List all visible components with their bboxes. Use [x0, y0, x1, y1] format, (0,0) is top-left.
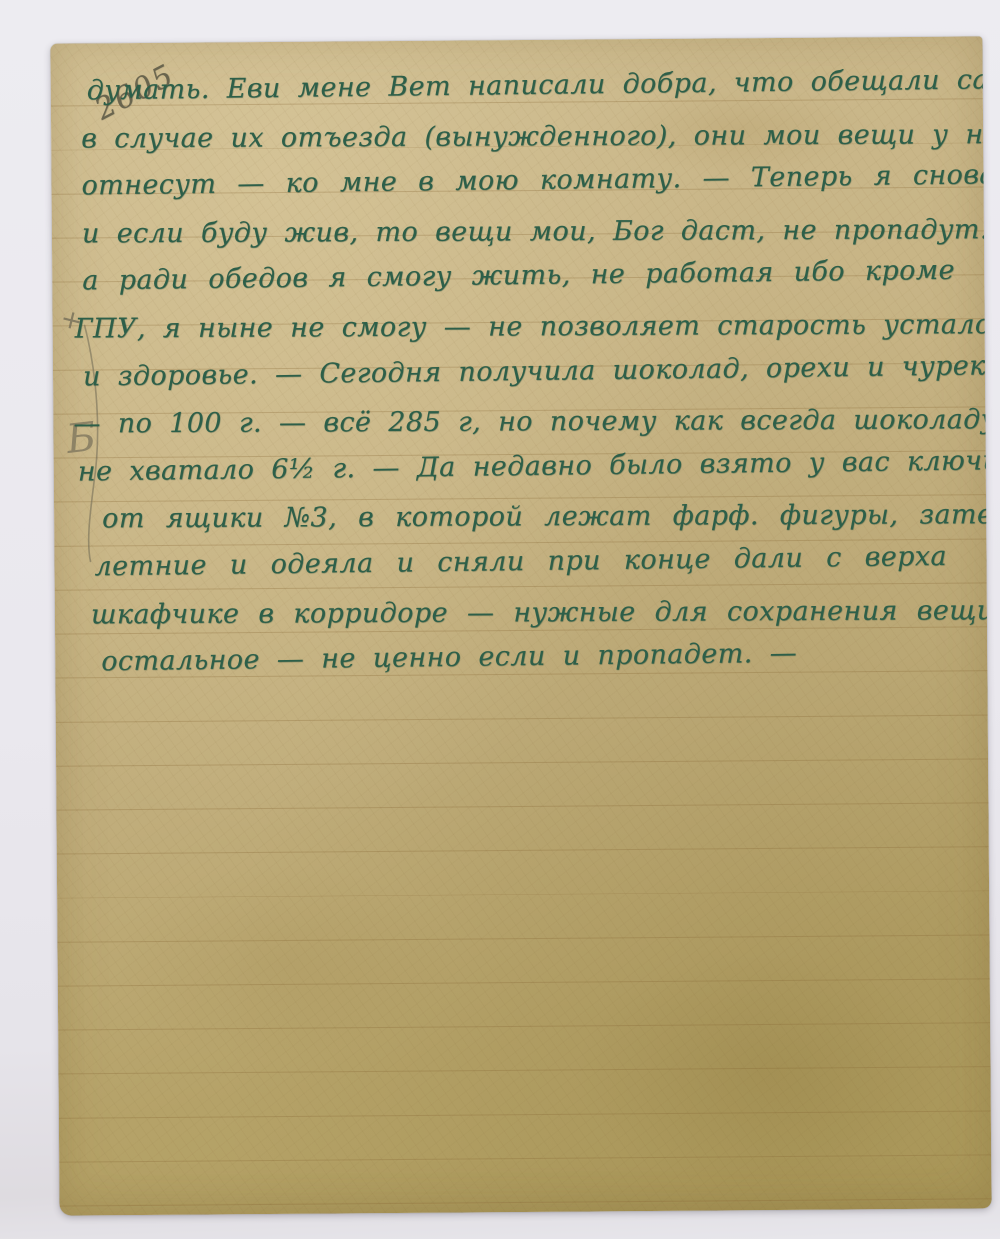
photo-background: 2605 + Б думать. Еви мене Вет написали д… [0, 0, 1000, 1239]
handwriting-line: отнесут — ко мне в мою комнату. — Теперь… [81, 152, 976, 211]
handwriting-line: думать. Еви мене Вет написали добра, что… [80, 57, 975, 116]
handwriting-line: летние и одеяла и сняли при конце дали с… [84, 532, 979, 591]
handwriting-line: не хватало 6½ г. — Да недавно было взято… [77, 437, 978, 496]
handwriting-line: и здоровье. — Сегодня получила шоколад, … [83, 342, 978, 401]
age-stain [113, 861, 455, 1064]
age-stain [570, 951, 952, 1194]
handwriting-line: остальное — не ценно если и пропадет. — [85, 628, 980, 687]
handwriting-line: а ради обедов я смогу жить, не работая и… [82, 247, 977, 306]
handwritten-text: думать. Еви мене Вет написали добра, что… [81, 60, 980, 686]
letter-page: 2605 + Б думать. Еви мене Вет написали д… [50, 36, 991, 1215]
